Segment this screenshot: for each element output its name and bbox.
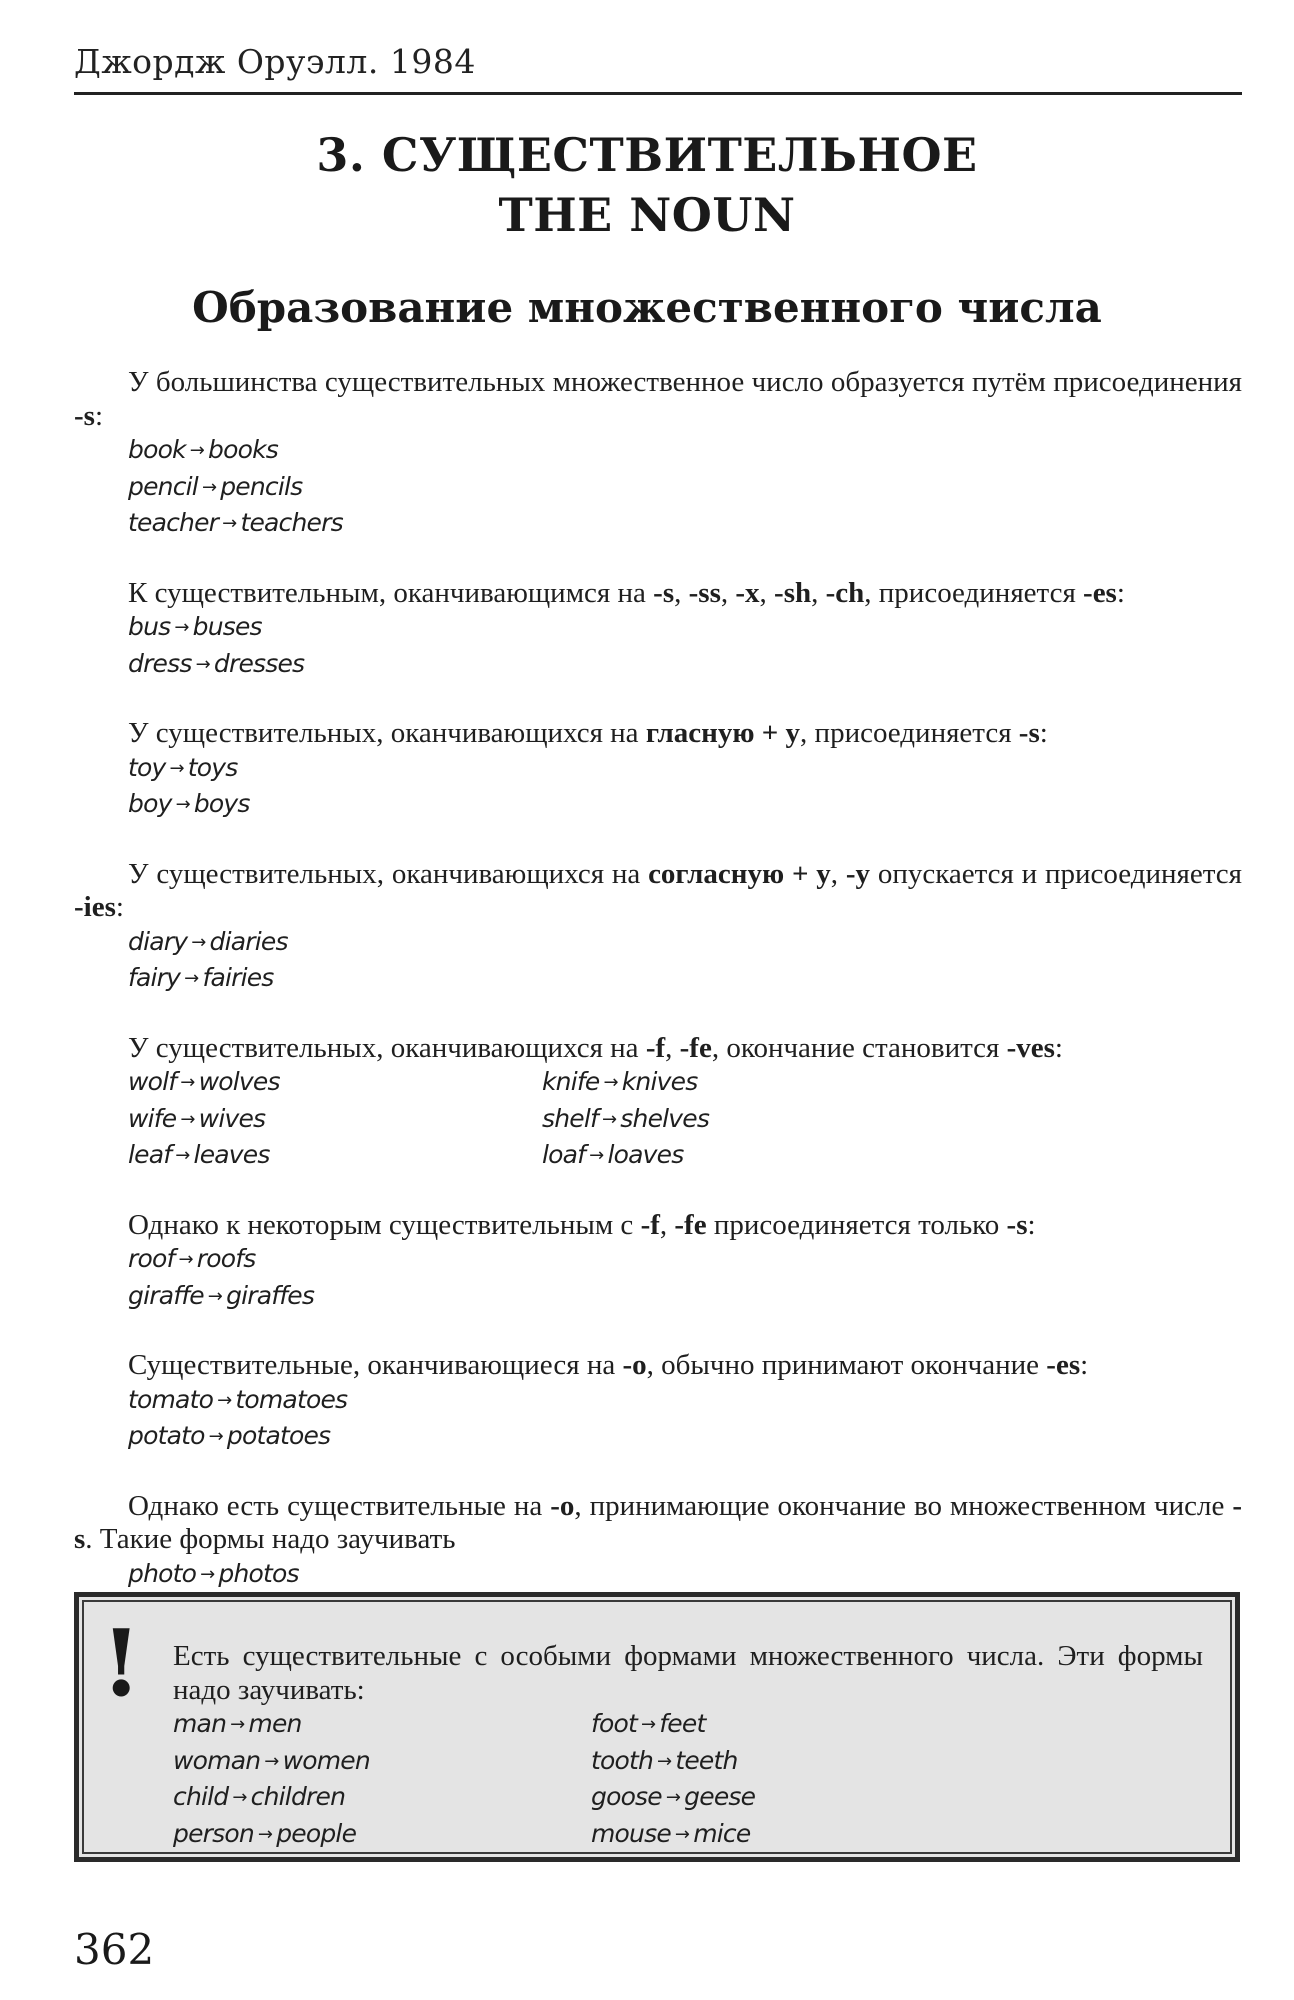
example-row: toy→toys: [128, 751, 1242, 788]
arrow-icon: →: [175, 1145, 189, 1166]
example-pair: boy→boys: [128, 787, 250, 824]
chapter-title: 3. СУЩЕСТВИТЕЛЬНОЕ: [0, 128, 1294, 182]
rules-body: У большинства существительных множествен…: [74, 366, 1242, 1664]
text-run: , обычно принимают окончание: [647, 1349, 1047, 1381]
text-run: Однако к некоторым существительным с: [128, 1209, 641, 1241]
note-text: Есть существительные с особыми формами м…: [173, 1640, 1203, 1707]
singular-form: wife: [128, 1104, 176, 1133]
arrow-icon: →: [675, 1824, 689, 1845]
arrow-icon: →: [184, 968, 198, 989]
singular-form: roof: [128, 1244, 174, 1273]
text-run: ,: [665, 1032, 680, 1064]
rule-text: У большинства существительных множествен…: [74, 366, 1242, 433]
arrow-icon: →: [208, 1286, 222, 1307]
singular-form: bus: [128, 612, 170, 641]
example-pair: photo→photos: [128, 1557, 299, 1594]
text-run: ,: [721, 577, 736, 609]
singular-form: woman: [173, 1746, 260, 1775]
text-run: У существительных, оканчивающихся на: [128, 858, 648, 890]
running-head: Джордж Оруэлл. 1984: [74, 42, 476, 81]
examples-list: diary→diariesfairy→fairies: [128, 925, 1242, 998]
arrow-icon: →: [258, 1824, 272, 1845]
example-pair: knife→knives: [542, 1065, 697, 1102]
note-content: Есть существительные с особыми формами м…: [173, 1640, 1203, 1853]
example-pair: diary→diaries: [128, 925, 288, 962]
note-box: ! Есть существительные с особыми формами…: [74, 1592, 1240, 1862]
suffix-highlight: -x: [735, 577, 759, 609]
singular-form: diary: [128, 927, 187, 956]
example-row: roof→roofs: [128, 1242, 1242, 1279]
singular-form: dress: [128, 649, 192, 678]
example-pair: giraffe→giraffes: [128, 1279, 314, 1316]
singular-form: foot: [591, 1709, 637, 1738]
example-pair: teacher→teachers: [128, 506, 343, 543]
arrow-icon: →: [191, 932, 205, 953]
text-run: ,: [831, 858, 846, 890]
section-title: Образование множественного числа: [0, 283, 1294, 332]
plural-form: fairies: [202, 963, 273, 992]
text-run: , присоединяется: [800, 717, 1019, 749]
example-pair: bus→buses: [128, 610, 262, 647]
example-row: pencil→pencils: [128, 470, 1242, 507]
rule-block: У существительных, оканчивающихся на -f,…: [74, 1032, 1242, 1175]
arrow-icon: →: [657, 1751, 671, 1772]
rule-text: У существительных, оканчивающихся на сог…: [74, 858, 1242, 925]
suffix-highlight: -ies: [74, 891, 116, 923]
plural-form: teeth: [675, 1746, 737, 1775]
example-pair: goose→geese: [591, 1780, 755, 1817]
singular-form: mouse: [591, 1819, 671, 1848]
arrow-icon: →: [176, 794, 190, 815]
example-pair: dress→dresses: [128, 647, 304, 684]
plural-form: roofs: [197, 1244, 256, 1273]
singular-form: loaf: [542, 1140, 585, 1169]
rule-text: У существительных, оканчивающихся на гла…: [74, 717, 1242, 751]
text-run: , присоединяется: [864, 577, 1083, 609]
singular-form: boy: [128, 789, 172, 818]
examples-list: toy→toysboy→boys: [128, 751, 1242, 824]
text-run: :: [1055, 1032, 1063, 1064]
example-row: leaf→leavesloaf→loaves: [128, 1138, 1242, 1175]
example-row: child→childrengoose→geese: [173, 1780, 1203, 1817]
text-run: У существительных, оканчивающихся на: [128, 717, 646, 749]
singular-form: shelf: [542, 1104, 598, 1133]
example-pair: foot→feet: [591, 1707, 705, 1744]
text-run: ,: [674, 577, 689, 609]
example-row: giraffe→giraffes: [128, 1279, 1242, 1316]
rule-text: К существительным, оканчивающимся на -s,…: [74, 577, 1242, 611]
suffix-highlight: -ss: [689, 577, 721, 609]
rule-text: Существительные, оканчивающиеся на -o, о…: [74, 1349, 1242, 1383]
singular-form: toy: [128, 753, 166, 782]
suffix-highlight: -o: [550, 1490, 574, 1522]
example-row: dress→dresses: [128, 647, 1242, 684]
examples-list: roof→roofsgiraffe→giraffes: [128, 1242, 1242, 1315]
singular-form: tomato: [128, 1385, 213, 1414]
arrow-icon: →: [200, 1564, 214, 1585]
arrow-icon: →: [602, 1109, 616, 1130]
suffix-highlight: -s: [653, 577, 674, 609]
text-run: :: [116, 891, 124, 923]
example-row: book→books: [128, 433, 1242, 470]
rule-text: У существительных, оканчивающихся на -f,…: [74, 1032, 1242, 1066]
arrow-icon: →: [170, 758, 184, 779]
example-row: person→peoplemouse→mice: [173, 1817, 1203, 1854]
singular-form: photo: [128, 1559, 196, 1588]
rule-block: К существительным, оканчивающимся на -s,…: [74, 577, 1242, 684]
suffix-highlight: -f: [646, 1032, 665, 1064]
text-run: К существительным, оканчивающимся на: [128, 577, 653, 609]
suffix-highlight: -fe: [674, 1209, 706, 1241]
rule-block: У существительных, оканчивающихся на гла…: [74, 717, 1242, 824]
suffix-highlight: -f: [641, 1209, 660, 1241]
singular-form: leaf: [128, 1140, 171, 1169]
book-page: Джордж Оруэлл. 1984 3. СУЩЕСТВИТЕЛЬНОЕ T…: [0, 0, 1294, 2000]
arrow-icon: →: [178, 1249, 192, 1270]
example-row: bus→buses: [128, 610, 1242, 647]
example-pair: woman→women: [173, 1744, 591, 1781]
example-pair: book→books: [128, 433, 278, 470]
example-pair: wife→wives: [128, 1102, 542, 1139]
text-run: У существительных, оканчивающихся на: [128, 1032, 646, 1064]
text-run: :: [1117, 577, 1125, 609]
example-pair: wolf→wolves: [128, 1065, 542, 1102]
example-row: fairy→fairies: [128, 961, 1242, 998]
arrow-icon: →: [190, 440, 204, 461]
example-pair: mouse→mice: [591, 1817, 750, 1854]
plural-form: geese: [684, 1782, 755, 1811]
text-run: опускается и присоединяется: [870, 858, 1242, 890]
singular-form: person: [173, 1819, 254, 1848]
suffix-highlight: -o: [622, 1349, 646, 1381]
example-pair: leaf→leaves: [128, 1138, 542, 1175]
plural-form: wives: [199, 1104, 266, 1133]
example-pair: tomato→tomatoes: [128, 1383, 347, 1420]
suffix-highlight: согласную + y: [648, 858, 831, 890]
arrow-icon: →: [230, 1714, 244, 1735]
plural-form: wolves: [199, 1067, 280, 1096]
suffix-highlight: -y: [846, 858, 870, 890]
rule-block: У существительных, оканчивающихся на сог…: [74, 858, 1242, 998]
plural-form: potatoes: [227, 1421, 330, 1450]
text-run: Однако есть существительные на: [128, 1490, 550, 1522]
example-row: diary→diaries: [128, 925, 1242, 962]
text-run: :: [1040, 717, 1048, 749]
text-run: :: [95, 400, 103, 432]
suffix-highlight: -ves: [1007, 1032, 1055, 1064]
example-pair: child→children: [173, 1780, 591, 1817]
rule-block: У большинства существительных множествен…: [74, 366, 1242, 543]
text-run: ,: [660, 1209, 675, 1241]
plural-form: giraffes: [226, 1281, 314, 1310]
text-run: :: [1028, 1209, 1036, 1241]
text-run: . Такие формы надо заучивать: [85, 1523, 455, 1555]
example-pair: potato→potatoes: [128, 1419, 330, 1456]
arrow-icon: →: [222, 513, 236, 534]
suffix-highlight: гласную + y: [646, 717, 800, 749]
singular-form: goose: [591, 1782, 662, 1811]
plural-form: leaves: [194, 1140, 270, 1169]
plural-form: women: [283, 1746, 370, 1775]
example-row: wife→wivesshelf→shelves: [128, 1102, 1242, 1139]
text-run: ,: [811, 577, 826, 609]
example-row: teacher→teachers: [128, 506, 1242, 543]
suffix-highlight: -es: [1083, 577, 1117, 609]
arrow-icon: →: [196, 654, 210, 675]
page-number: 362: [74, 1925, 154, 1974]
plural-form: teachers: [240, 508, 342, 537]
example-pair: shelf→shelves: [542, 1102, 709, 1139]
text-run: У большинства существительных множествен…: [128, 366, 1242, 398]
singular-form: fairy: [128, 963, 180, 992]
plural-form: photos: [218, 1559, 298, 1588]
example-pair: fairy→fairies: [128, 961, 274, 998]
rule-block: Существительные, оканчивающиеся на -o, о…: [74, 1349, 1242, 1456]
example-pair: person→people: [173, 1817, 591, 1854]
header-divider: [74, 92, 1242, 95]
arrow-icon: →: [180, 1072, 194, 1093]
example-row: potato→potatoes: [128, 1419, 1242, 1456]
examples-list: bus→busesdress→dresses: [128, 610, 1242, 683]
suffix-highlight: -sh: [774, 577, 811, 609]
plural-form: people: [276, 1819, 356, 1848]
suffix-highlight: -s: [74, 400, 95, 432]
text-run: ,: [760, 577, 775, 609]
example-row: boy→boys: [128, 787, 1242, 824]
singular-form: book: [128, 435, 186, 464]
singular-form: knife: [542, 1067, 599, 1096]
example-pair: toy→toys: [128, 751, 238, 788]
rule-text: Однако к некоторым существительным с -f,…: [74, 1209, 1242, 1243]
examples-list: book→bookspencil→pencilsteacher→teachers: [128, 433, 1242, 543]
singular-form: teacher: [128, 508, 218, 537]
suffix-highlight: -ch: [826, 577, 865, 609]
plural-form: loaves: [607, 1140, 683, 1169]
arrow-icon: →: [209, 1426, 223, 1447]
plural-form: dresses: [214, 649, 304, 678]
text-run: , принимающие окончание во множественном…: [574, 1490, 1232, 1522]
arrow-icon: →: [603, 1072, 617, 1093]
plural-form: pencils: [220, 472, 302, 501]
plural-form: men: [248, 1709, 301, 1738]
arrow-icon: →: [202, 477, 216, 498]
arrow-icon: →: [589, 1145, 603, 1166]
arrow-icon: →: [232, 1787, 246, 1808]
singular-form: man: [173, 1709, 226, 1738]
example-pair: pencil→pencils: [128, 470, 302, 507]
example-pair: man→men: [173, 1707, 591, 1744]
examples-list: tomato→tomatoespotato→potatoes: [128, 1383, 1242, 1456]
text-run: , окончание становится: [712, 1032, 1007, 1064]
text-run: Существительные, оканчивающиеся на: [128, 1349, 622, 1381]
exclamation-icon: !: [101, 1613, 141, 1713]
arrow-icon: →: [264, 1751, 278, 1772]
singular-form: wolf: [128, 1067, 176, 1096]
plural-form: shelves: [620, 1104, 709, 1133]
arrow-icon: →: [174, 617, 188, 638]
plural-form: children: [251, 1782, 345, 1811]
suffix-highlight: -s: [1007, 1209, 1028, 1241]
examples-list: wolf→wolvesknife→kniveswife→wivesshelf→s…: [128, 1065, 1242, 1175]
plural-form: books: [208, 435, 278, 464]
example-row: man→menfoot→feet: [173, 1707, 1203, 1744]
example-row: tomato→tomatoes: [128, 1383, 1242, 1420]
arrow-icon: →: [217, 1390, 231, 1411]
plural-form: boys: [194, 789, 250, 818]
example-pair: loaf→loaves: [542, 1138, 683, 1175]
singular-form: child: [173, 1782, 228, 1811]
plural-form: tomatoes: [235, 1385, 347, 1414]
suffix-highlight: -es: [1046, 1349, 1080, 1381]
rule-block: Однако к некоторым существительным с -f,…: [74, 1209, 1242, 1316]
note-examples: man→menfoot→feetwoman→womentooth→teethch…: [173, 1707, 1203, 1853]
suffix-highlight: -s: [1019, 717, 1040, 749]
plural-form: knives: [622, 1067, 698, 1096]
text-run: :: [1080, 1349, 1088, 1381]
example-row: photo→photos: [128, 1557, 1242, 1594]
singular-form: giraffe: [128, 1281, 204, 1310]
rule-text: Однако есть существительные на -o, прини…: [74, 1490, 1242, 1557]
plural-form: mice: [693, 1819, 750, 1848]
arrow-icon: →: [641, 1714, 655, 1735]
plural-form: diaries: [210, 927, 288, 956]
singular-form: tooth: [591, 1746, 653, 1775]
example-pair: roof→roofs: [128, 1242, 255, 1279]
singular-form: pencil: [128, 472, 198, 501]
arrow-icon: →: [180, 1109, 194, 1130]
suffix-highlight: -fe: [680, 1032, 712, 1064]
singular-form: potato: [128, 1421, 205, 1450]
example-pair: tooth→teeth: [591, 1744, 738, 1781]
text-run: присоединяется только: [707, 1209, 1007, 1241]
example-row: wolf→wolvesknife→knives: [128, 1065, 1242, 1102]
plural-form: buses: [193, 612, 262, 641]
example-row: woman→womentooth→teeth: [173, 1744, 1203, 1781]
arrow-icon: →: [666, 1787, 680, 1808]
plural-form: feet: [659, 1709, 705, 1738]
chapter-subtitle: THE NOUN: [0, 188, 1294, 242]
plural-form: toys: [188, 753, 238, 782]
